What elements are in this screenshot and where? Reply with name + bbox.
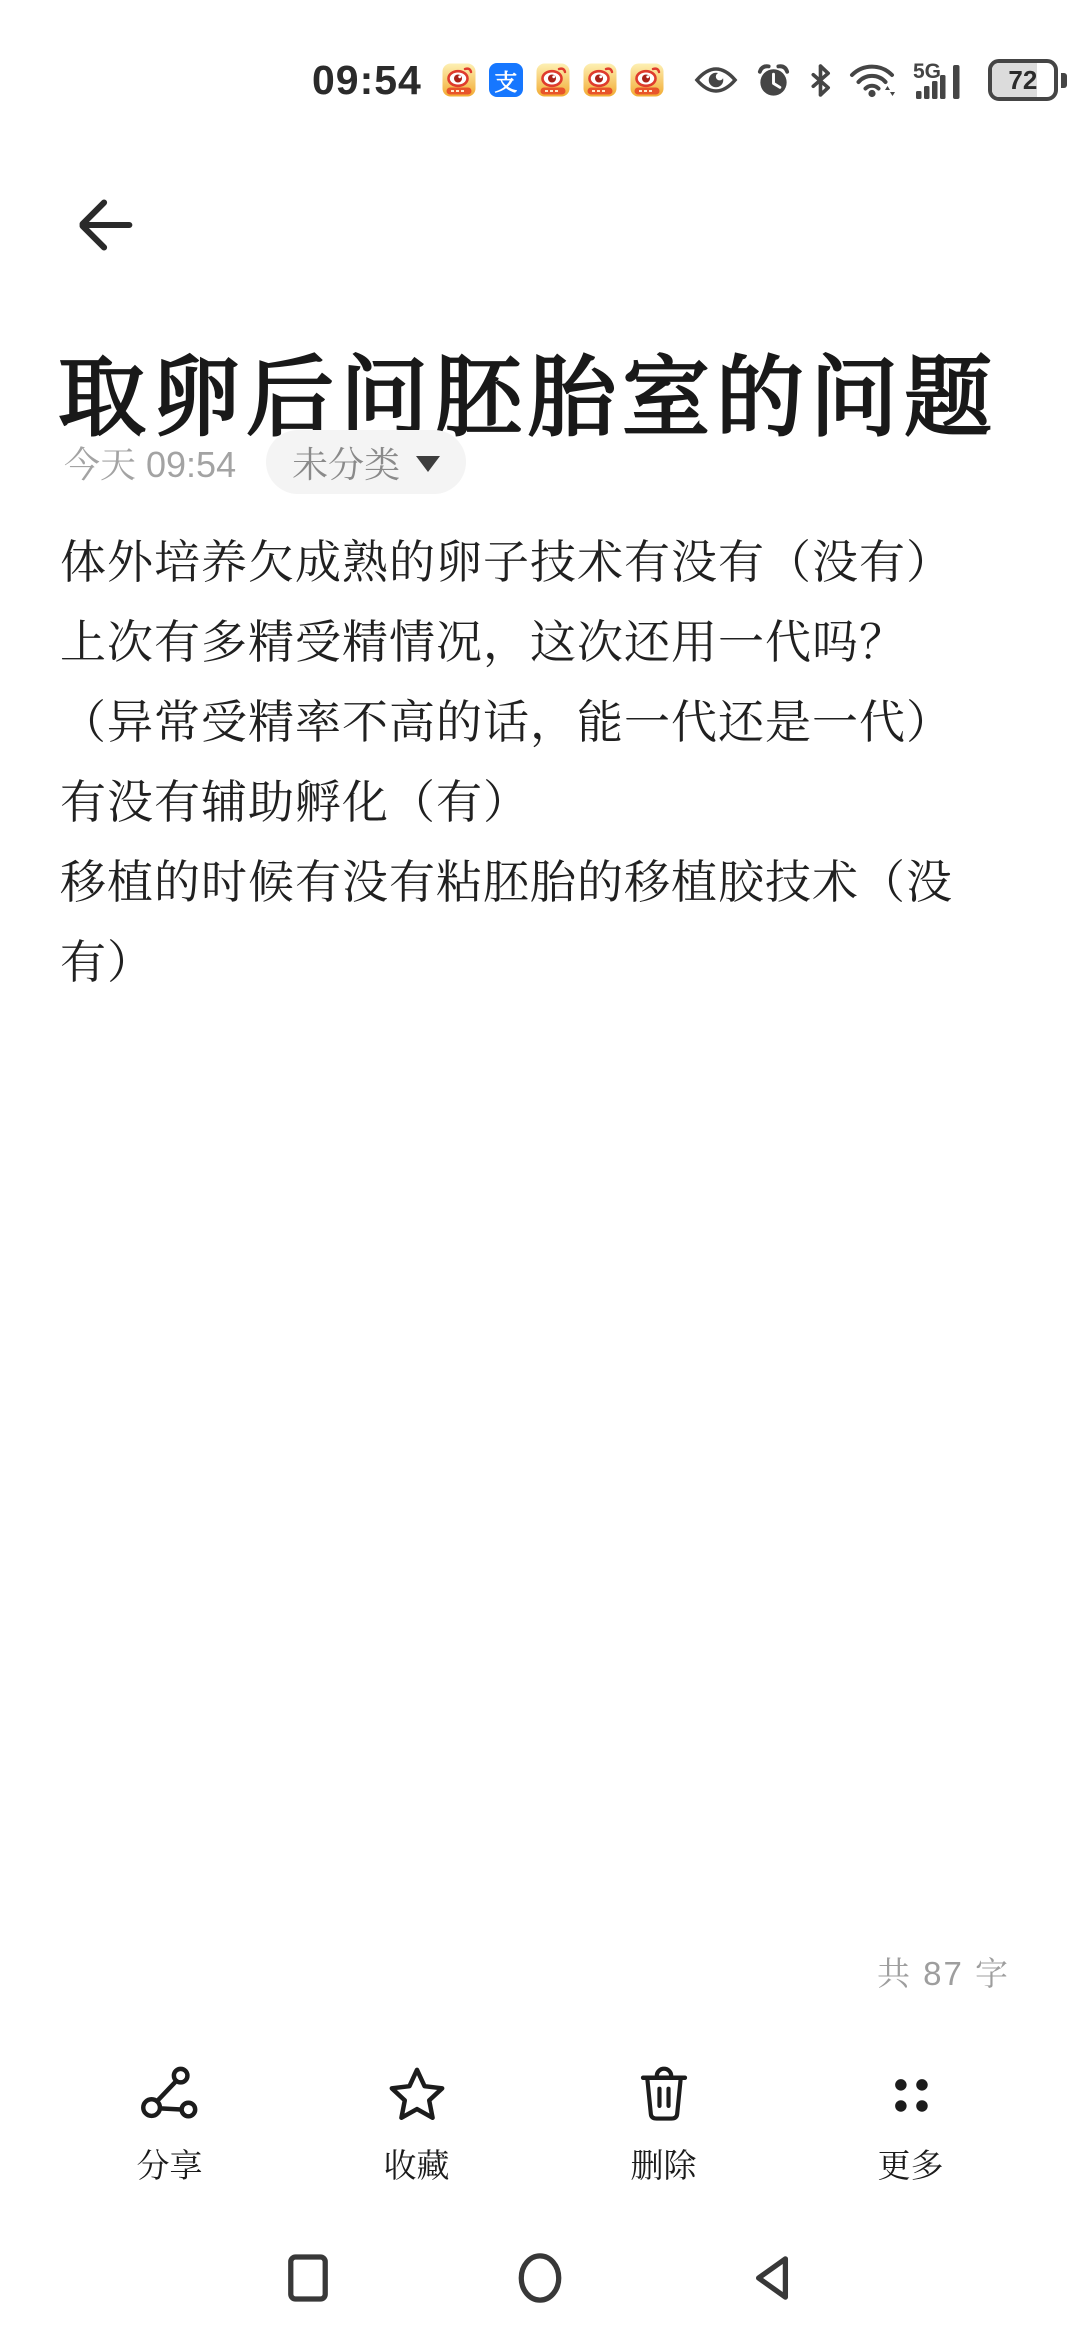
system-navigation-bar: [0, 2228, 1080, 2328]
delete-label: 删除: [631, 2140, 697, 2187]
alarm-clock-icon: [755, 62, 792, 99]
back-arrow-icon: [76, 197, 134, 253]
note-body-line: 移植的时候有没有粘胚胎的移植胶技术（没: [60, 842, 1025, 922]
nav-back-button[interactable]: [732, 2228, 812, 2328]
note-meta-row: 今天 09:54 未分类: [64, 430, 466, 494]
word-count-label: 共 87 字: [877, 1948, 1010, 1995]
note-body-line: 有没有辅助孵化（有）: [60, 762, 1025, 842]
weibo-notification-icon: [630, 63, 664, 97]
trash-icon: [635, 2058, 693, 2132]
wifi-icon: [849, 63, 896, 98]
note-body-line: 体外培养欠成熟的卵子技术有没有（没有）: [60, 522, 1025, 602]
alipay-notification-icon: 支: [489, 63, 523, 97]
nav-home-button[interactable]: [500, 2228, 580, 2328]
status-bar-left: 09:54 支: [312, 57, 677, 104]
caret-down-icon: [416, 456, 440, 472]
note-body-line: 上次有多精受精情况，这次还用一代吗？: [60, 602, 1025, 682]
nav-recents-button[interactable]: [268, 2228, 348, 2328]
favorite-label: 收藏: [384, 2140, 450, 2187]
category-label: 未分类: [292, 437, 400, 488]
weibo-notification-icon: [442, 63, 476, 97]
share-icon: [139, 2058, 201, 2132]
note-body-line: （异常受精率不高的话，能一代还是一代）: [60, 682, 1025, 762]
battery-percent-label: 72: [1008, 65, 1037, 96]
status-bar: 09:54 支: [0, 52, 1080, 108]
share-label: 分享: [137, 2140, 203, 2187]
weibo-notification-icon: [536, 63, 570, 97]
more-button[interactable]: 更多: [787, 2058, 1034, 2218]
note-body[interactable]: 体外培养欠成熟的卵子技术有没有（没有） 上次有多精受精情况，这次还用一代吗？ （…: [60, 522, 1025, 1002]
more-dots-icon: [884, 2058, 938, 2132]
status-time: 09:54: [312, 57, 422, 104]
alipay-glyph: 支: [494, 64, 517, 97]
battery-icon: 72: [988, 59, 1058, 101]
notes-app-note-view: 09:54 支: [0, 0, 1080, 2340]
note-date: 今天 09:54: [64, 437, 236, 488]
battery-nub: [1061, 73, 1067, 88]
share-button[interactable]: 分享: [46, 2058, 293, 2218]
more-label: 更多: [878, 2140, 944, 2187]
cellular-signal-indicator: 5G: [913, 60, 971, 100]
back-button[interactable]: [70, 192, 140, 258]
signal-bars-icon: 5G: [913, 60, 971, 100]
network-type-label: 5G: [913, 60, 941, 83]
bottom-toolbar: 分享 收藏 删除: [0, 2058, 1080, 2218]
note-body-line: 有）: [60, 922, 1025, 1002]
weibo-notification-icon: [583, 63, 617, 97]
favorite-button[interactable]: 收藏: [293, 2058, 540, 2218]
home-circle-icon: [516, 2251, 564, 2305]
back-triangle-icon: [750, 2252, 794, 2304]
eye-comfort-icon: [694, 65, 738, 95]
delete-button[interactable]: 删除: [540, 2058, 787, 2218]
status-bar-right: 5G 72: [677, 59, 1067, 101]
star-icon: [386, 2058, 448, 2132]
category-selector[interactable]: 未分类: [266, 430, 466, 494]
battery-indicator: 72: [988, 59, 1067, 101]
bluetooth-icon: [809, 64, 832, 97]
recents-square-icon: [286, 2252, 330, 2304]
